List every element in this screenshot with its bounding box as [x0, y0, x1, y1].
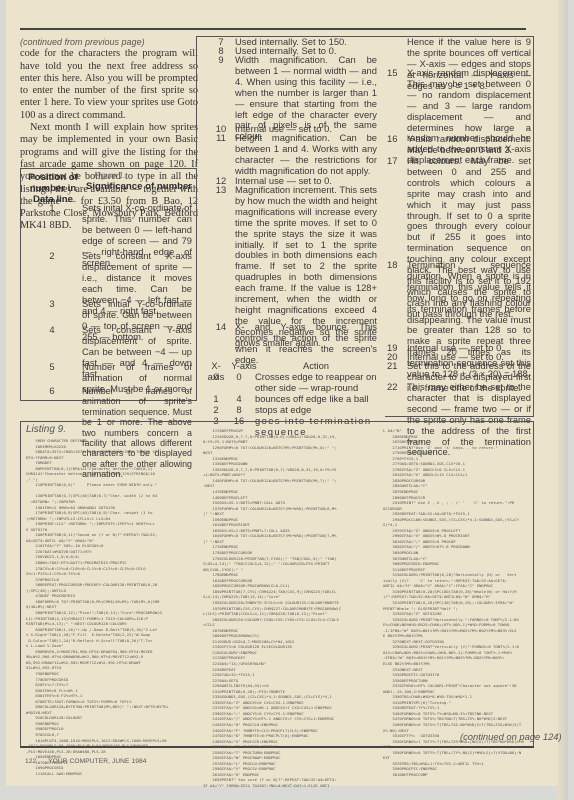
top-rule — [20, 28, 526, 30]
listing-column-3: L A$="N" 2650ENDPROC 2670DEFPROCCL 2710P… — [383, 428, 529, 777]
listing-column-1: 5REM CHARACTER DEFINER 10HIMEM=&3220 20D… — [26, 438, 196, 776]
continued-from-label: (continued from previous page) — [20, 36, 198, 48]
figure-entry: 16Y-axis random displacement. May be bet… — [387, 134, 531, 156]
page-footer: 122 YOUR COMPUTER, JUNE 1984 — [25, 758, 157, 765]
publication-name: YOUR COMPUTER, JUNE 1984 — [48, 758, 146, 765]
column-header-significance: Significance of number — [84, 181, 194, 192]
page-number: 122 — [25, 758, 36, 765]
column-header-position: Position of number in Data line — [22, 172, 84, 205]
intro-paragraph-1: code for the characters the program will… — [20, 48, 198, 122]
bounce-table-row: 00Crosses edge to reappear on other side… — [205, 372, 380, 394]
listing-title: Listing 9. — [26, 424, 66, 435]
figure-box-right-edge — [533, 36, 534, 417]
listing-column-2: 1170DEFPROCUP 1210VDU28,0,7,7,0:PRINTTAB… — [203, 428, 375, 789]
figure-entry: 11Height magnification. Can be between 1… — [207, 133, 377, 177]
continued-on-label: (continued on page 124) — [460, 731, 562, 742]
